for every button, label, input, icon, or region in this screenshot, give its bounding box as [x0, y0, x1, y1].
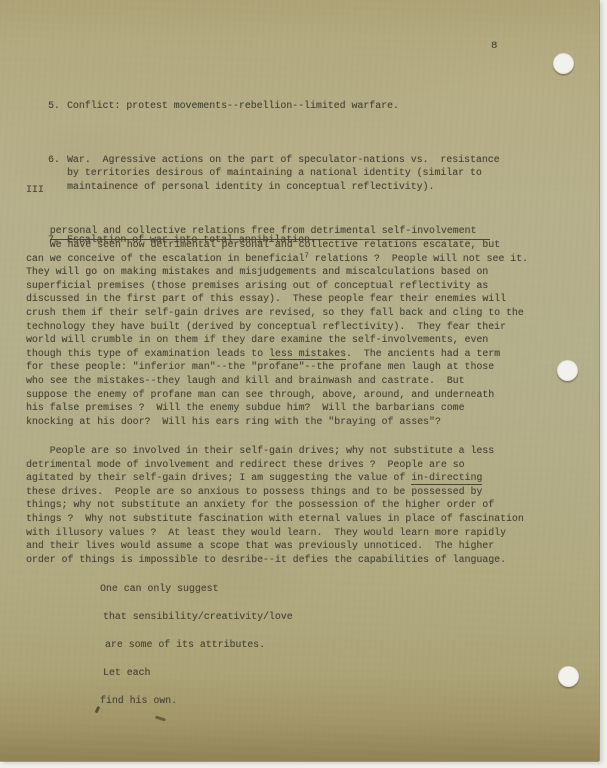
verse-line: find his own.	[100, 694, 177, 708]
verse-line: One can only suggest	[100, 582, 219, 596]
punch-hole	[553, 53, 574, 74]
paragraph-1-text: relations ? People will not see it. They…	[26, 253, 528, 359]
scanned-page: 8 5. Conflict: protest movements--rebell…	[0, 0, 607, 768]
punch-hole	[557, 360, 578, 381]
list-item-text: Conflict: protest movements--rebellion--…	[67, 99, 399, 113]
list-item-text: War. Agressive actions on the part of sp…	[67, 153, 500, 194]
paragraph-2-text: these drives. People are so anxious to p…	[26, 486, 524, 565]
paragraph-1: We have seen how detrimental personal an…	[26, 238, 528, 428]
verse-line: Let each	[103, 666, 150, 680]
page-number: 8	[491, 40, 497, 54]
section-marker: III	[26, 183, 44, 197]
paragraph-1-text: . The ancients had a term for these peop…	[26, 348, 500, 427]
underlined-phrase: less mistakes	[269, 348, 346, 361]
underlined-phrase: in-directing	[411, 472, 482, 485]
punch-hole	[558, 666, 579, 687]
list-item: 5. Conflict: protest movements--rebellio…	[48, 99, 500, 113]
verse-line: that sensibility/creativity/love	[103, 610, 293, 624]
verse-line: are some of its attributes.	[105, 638, 265, 652]
paragraph-2: People are so involved in their self-gai…	[26, 444, 524, 566]
list-item-number: 6.	[48, 153, 67, 194]
list-item: 6. War. Agressive actions on the part of…	[48, 153, 500, 194]
list-item-number: 5.	[48, 99, 67, 113]
